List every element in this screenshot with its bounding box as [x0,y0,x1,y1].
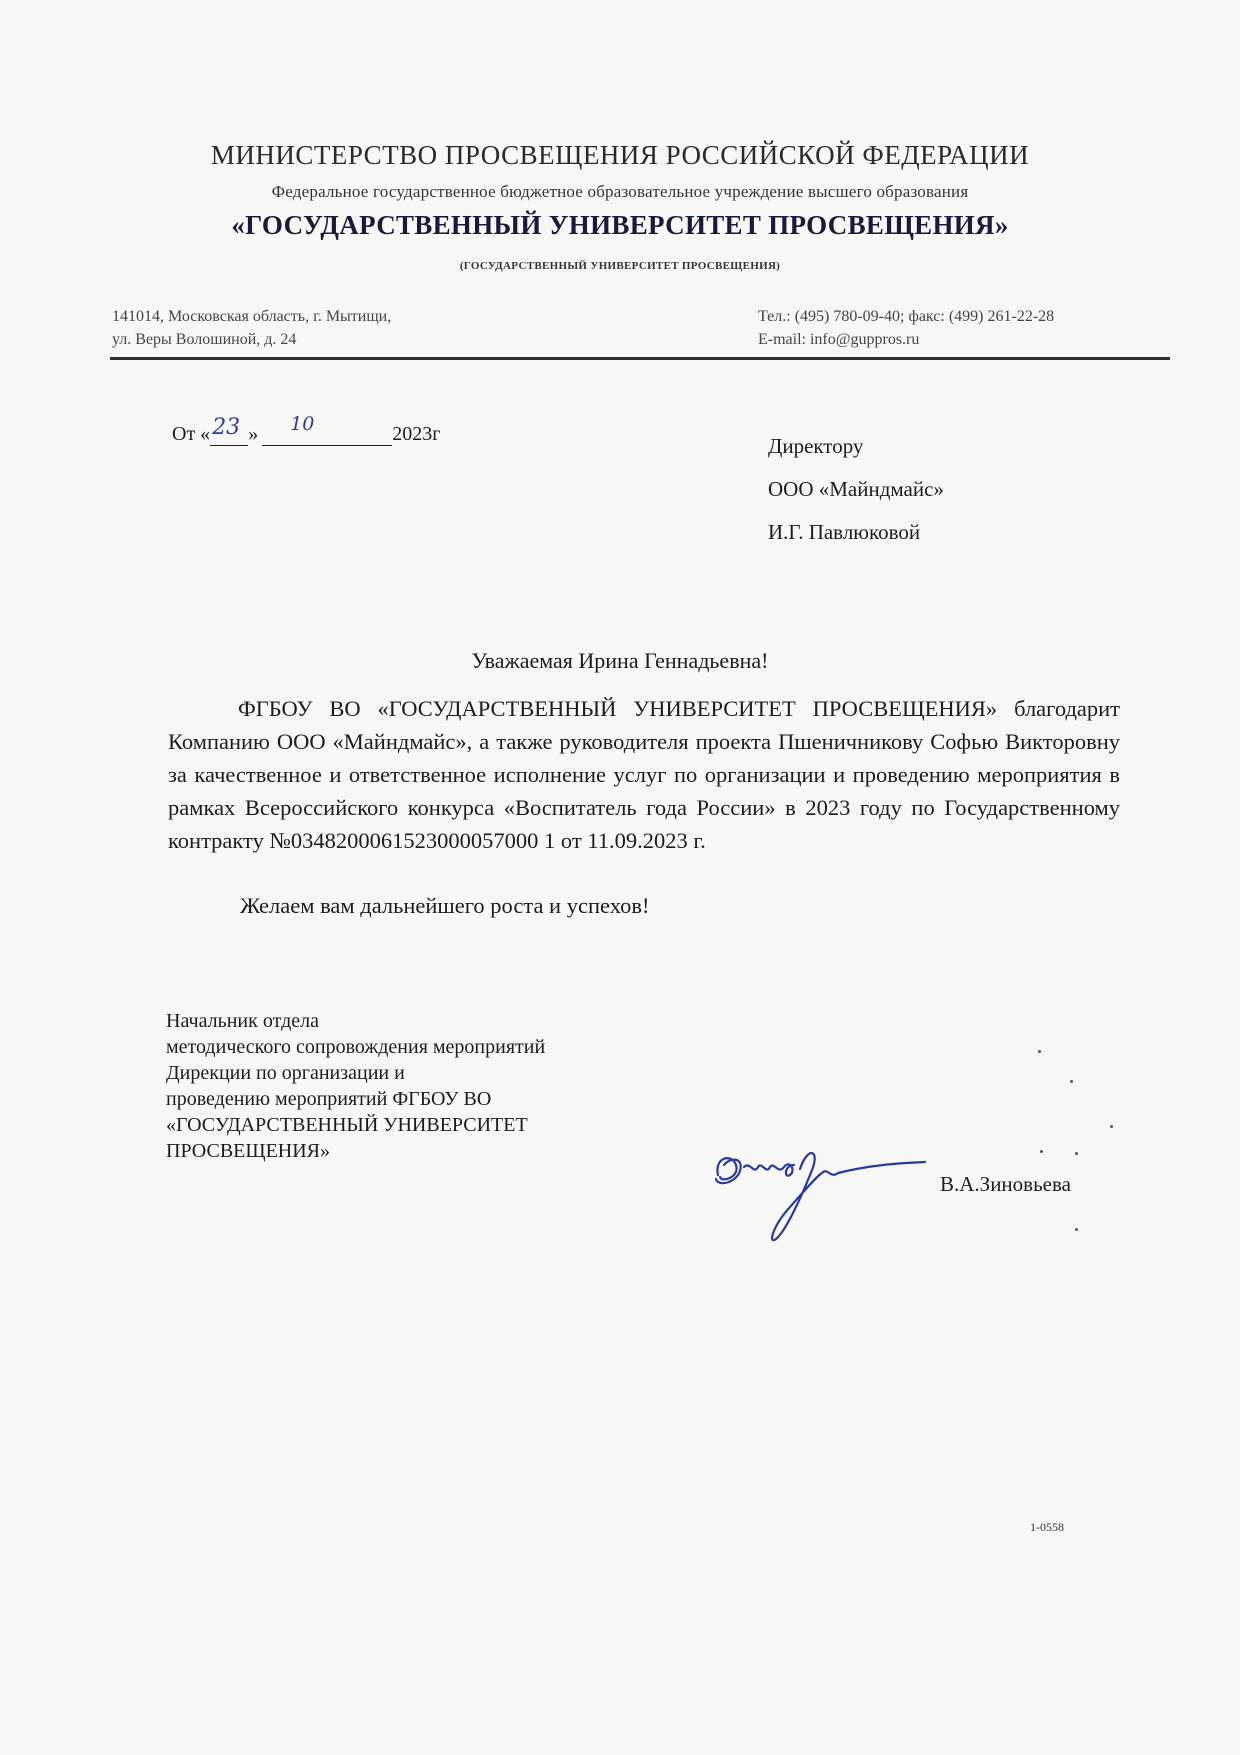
addressee-company: ООО «Майндмайс» [768,468,944,511]
signatory-title-line: проведению мероприятий ФГБОУ ВО [166,1086,545,1112]
addressee-position: Директору [768,425,944,468]
university-short-name: (ГОСУДАРСТВЕННЫЙ УНИВЕРСИТЕТ ПРОСВЕЩЕНИЯ… [0,260,1240,272]
stamp-speck [1075,1152,1078,1155]
address-line-1: 141014, Московская область, г. Мытищи, [112,305,391,328]
phone-fax: Тел.: (495) 780-09-40; факс: (499) 261-2… [758,305,1054,328]
date-prefix: От « [172,423,210,445]
footer-mark: 1-0558 [1030,1520,1064,1535]
signatory-title-line: Дирекции по организации и [166,1060,545,1086]
signature-icon [710,1135,930,1245]
signatory-title: Начальник отдела методического сопровожд… [166,1008,545,1164]
closing-wish: Желаем вам дальнейшего роста и успехов! [240,893,649,919]
letter-body: ФГБОУ ВО «ГОСУДАРСТВЕННЫЙ УНИВЕРСИТЕТ ПР… [168,692,1120,857]
ministry-name: МИНИСТЕРСТВО ПРОСВЕЩЕНИЯ РОССИЙСКОЙ ФЕДЕ… [0,140,1240,171]
signatory-title-line: ПРОСВЕЩЕНИЯ» [166,1138,545,1164]
stamp-speck [1038,1050,1041,1053]
handwritten-signature [710,1135,930,1250]
day-field: 23 [210,425,248,446]
addressee-name: И.Г. Павлюковой [768,511,944,554]
signatory-name: В.А.Зиновьева [940,1172,1071,1197]
addressee-block: Директору ООО «Майндмайс» И.Г. Павлюково… [768,425,944,554]
letter-date: От «23»102023г [172,423,440,446]
stamp-speck [1075,1228,1078,1231]
signatory-title-line: «ГОСУДАРСТВЕННЫЙ УНИВЕРСИТЕТ [166,1112,545,1138]
stamp-speck [1070,1080,1073,1083]
month-field: 10 [262,425,392,446]
university-name: «ГОСУДАРСТВЕННЫЙ УНИВЕРСИТЕТ ПРОСВЕЩЕНИЯ… [0,210,1240,241]
contact-info: Тел.: (495) 780-09-40; факс: (499) 261-2… [758,305,1054,351]
email: E-mail: info@guppros.ru [758,328,1054,351]
postal-address: 141014, Московская область, г. Мытищи, у… [112,305,391,351]
salutation: Уважаемая Ирина Геннадьевна! [0,648,1240,674]
day-handwritten: 23 [212,415,240,440]
date-year: 2023г [392,423,440,445]
body-paragraph: ФГБОУ ВО «ГОСУДАРСТВЕННЫЙ УНИВЕРСИТЕТ ПР… [168,692,1120,857]
letterhead-divider [110,357,1170,360]
month-handwritten: 10 [290,413,314,435]
stamp-speck [1040,1150,1043,1153]
signatory-title-line: методического сопровождения мероприятий [166,1034,545,1060]
stamp-speck [1110,1125,1113,1128]
address-line-2: ул. Веры Волошиной, д. 24 [112,328,391,351]
institution-type: Федеральное государственное бюджетное об… [0,182,1240,202]
signatory-title-line: Начальник отдела [166,1008,545,1034]
date-mid: » [248,423,258,445]
